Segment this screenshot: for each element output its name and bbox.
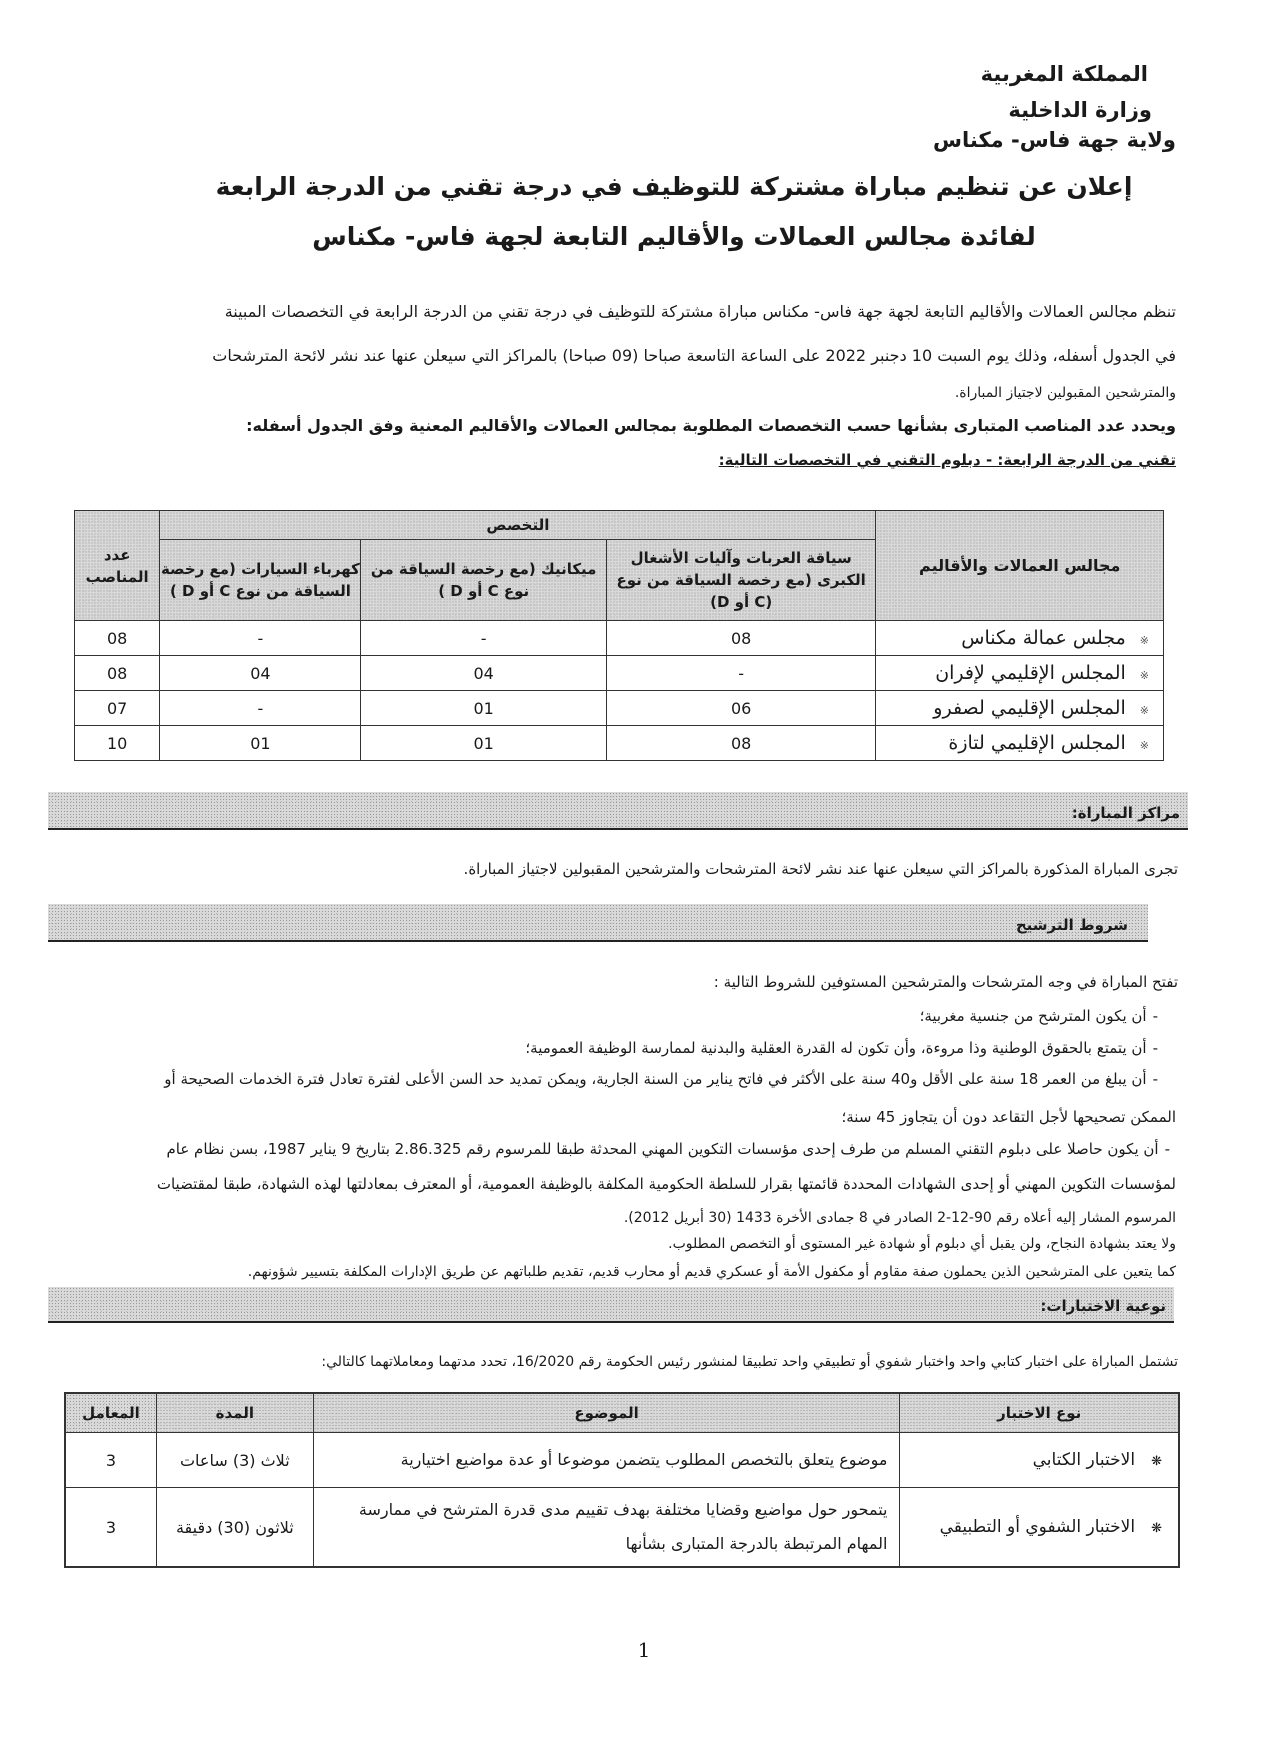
table-row: ※المجلس الإقليمي لصفرو 06 01 - 07 [75, 691, 1164, 726]
table-row: ❋الاختبار الشفوي أو التطبيقي يتمحور حول … [65, 1488, 1179, 1568]
intro-line-1: تنظم مجالس العمالات والأقاليم التابعة لج… [72, 302, 1176, 321]
posts-auto-electric: 01 [160, 726, 361, 761]
posts-mechanics: 04 [361, 656, 606, 691]
exam-type: الاختبار الكتابي [1033, 1450, 1135, 1470]
specialty-header: التخصص [160, 511, 876, 540]
intro-line-3: والمترشحين المقبولين لاجتياز المباراة. [955, 385, 1176, 401]
condition-item-continued: المرسوم المشار إليه أعلاه رقم 90-12-2 ال… [624, 1210, 1176, 1226]
wilaya-label: ولاية جهة فاس- مكناس [933, 128, 1176, 152]
condition-item: -أن يبلغ من العمر 18 سنة على الأقل و40 س… [82, 1070, 1158, 1088]
bullet-icon: ※ [1140, 669, 1149, 682]
document-page: المملكة المغربية وزارة الداخلية ولاية جه… [0, 0, 1288, 1760]
posts-driving: 08 [606, 621, 876, 656]
posts-auto-electric: 04 [160, 656, 361, 691]
posts-mechanics: - [361, 621, 606, 656]
exam-duration: ثلاثون (30) دقيقة [156, 1488, 313, 1568]
conditions-heading: شروط الترشيح [1016, 916, 1128, 934]
exam-topic: موضوع يتعلق بالتخصص المطلوب يتضمن موضوعا… [313, 1433, 900, 1488]
page-number: 1 [0, 1638, 1288, 1662]
condition-item: -أن يكون حاصلا على دبلوم التقني المسلم م… [82, 1140, 1170, 1158]
centers-heading: مراكز المباراة: [1072, 804, 1180, 822]
posts-total: 08 [75, 656, 160, 691]
specialty-driving-header: سياقة العربات وآليات الأشغال الكبرى (مع … [606, 540, 876, 621]
table-row: ※مجلس عمالة مكناس 08 - - 08 [75, 621, 1164, 656]
exam-coefficient-header: المعامل [65, 1393, 156, 1433]
bullet-icon: ※ [1140, 739, 1149, 752]
ministry-label: وزارة الداخلية [1008, 98, 1152, 122]
council-name: مجلس عمالة مكناس [961, 627, 1126, 649]
posts-total: 10 [75, 726, 160, 761]
centers-text: تجرى المباراة المذكورة بالمراكز التي سيع… [464, 860, 1178, 878]
posts-total: 08 [75, 621, 160, 656]
exam-type-header: نوع الاختبار [900, 1393, 1179, 1433]
posts-table: مجالس العمالات والأقاليم التخصص عدد المن… [74, 510, 1164, 761]
exam-coefficient: 3 [65, 1433, 156, 1488]
specialty-mechanics-header: ميكانيك (مع رخصة السياقة من نوع C أو D ) [361, 540, 606, 621]
table-row: ❋الاختبار الكتابي موضوع يتعلق بالتخصص ال… [65, 1433, 1179, 1488]
posts-driving: 06 [606, 691, 876, 726]
bullet-icon: ※ [1140, 634, 1149, 647]
exams-heading: نوعية الاختبارات: [1040, 1297, 1166, 1315]
fleuron-bullet-icon: ❋ [1151, 1454, 1162, 1469]
posts-total: 07 [75, 691, 160, 726]
centers-section-bar: مراكز المباراة: [48, 792, 1188, 830]
council-name: المجلس الإقليمي لتازة [948, 732, 1125, 754]
posts-mechanics: 01 [361, 691, 606, 726]
table-row: ※المجلس الإقليمي لتازة 08 01 01 10 [75, 726, 1164, 761]
posts-driving: 08 [606, 726, 876, 761]
council-name: المجلس الإقليمي لصفرو [933, 697, 1126, 719]
conditions-intro: تفتح المباراة في وجه المترشحات والمترشحي… [714, 973, 1178, 991]
exams-intro: تشتمل المباراة على اختبار كتابي واحد واخ… [321, 1354, 1178, 1370]
announcement-title-line2: لفائدة مجالس العمالات والأقاليم التابعة … [0, 222, 1288, 251]
exam-type: الاختبار الشفوي أو التطبيقي [940, 1517, 1135, 1537]
posts-driving: - [606, 656, 876, 691]
posts-count-line: ويحدد عدد المناصب المتبارى بشأنها حسب ال… [246, 416, 1176, 435]
condition-item-continued: لمؤسسات التكوين المهني أو إحدى الشهادات … [82, 1175, 1176, 1193]
conditions-section-bar: شروط الترشيح [48, 904, 1148, 942]
posts-count-header: عدد المناصب [75, 511, 160, 621]
table-row: ※المجلس الإقليمي لإفران - 04 04 08 [75, 656, 1164, 691]
condition-item-continued: الممكن تصحيحها لأجل التقاعد دون أن يتجاو… [842, 1108, 1177, 1126]
exam-coefficient: 3 [65, 1488, 156, 1568]
councils-header: مجالس العمالات والأقاليم [876, 511, 1164, 621]
bullet-icon: ※ [1140, 704, 1149, 717]
exam-topic-header: الموضوع [313, 1393, 900, 1433]
kingdom-label: المملكة المغربية [981, 62, 1148, 86]
conditions-note: ولا يعتد بشهادة النجاح، ولن يقبل أي دبلو… [668, 1236, 1176, 1252]
intro-line-2: في الجدول أسفله، وذلك يوم السبت 10 دجنبر… [72, 346, 1176, 365]
exam-duration-header: المدة [156, 1393, 313, 1433]
exam-topic: يتمحور حول مواضيع وقضايا مختلفة بهدف تقي… [313, 1488, 900, 1568]
posts-auto-electric: - [160, 691, 361, 726]
fleuron-bullet-icon: ❋ [1151, 1521, 1162, 1536]
exams-table: نوع الاختبار الموضوع المدة المعامل ❋الاخ… [64, 1392, 1180, 1568]
condition-item: -أن يتمتع بالحقوق الوطنية وذا مروءة، وأن… [525, 1039, 1158, 1057]
announcement-title-line1: إعلان عن تنظيم مباراة مشتركة للتوظيف في … [0, 172, 1288, 201]
posts-mechanics: 01 [361, 726, 606, 761]
specialty-auto-electric-header: كهرباء السيارات (مع رخصة السياقة من نوع … [160, 540, 361, 621]
council-name: المجلس الإقليمي لإفران [935, 662, 1126, 684]
posts-auto-electric: - [160, 621, 361, 656]
conditions-note: كما يتعين على المترشحين الذين يحملون صفة… [248, 1264, 1176, 1280]
condition-item: -أن يكون المترشح من جنسية مغربية؛ [920, 1007, 1158, 1025]
grade-diploma-line: تقني من الدرجة الرابعة: - دبلوم التقني ف… [719, 451, 1176, 469]
exam-duration: ثلاث (3) ساعات [156, 1433, 313, 1488]
exams-section-bar: نوعية الاختبارات: [48, 1287, 1174, 1323]
